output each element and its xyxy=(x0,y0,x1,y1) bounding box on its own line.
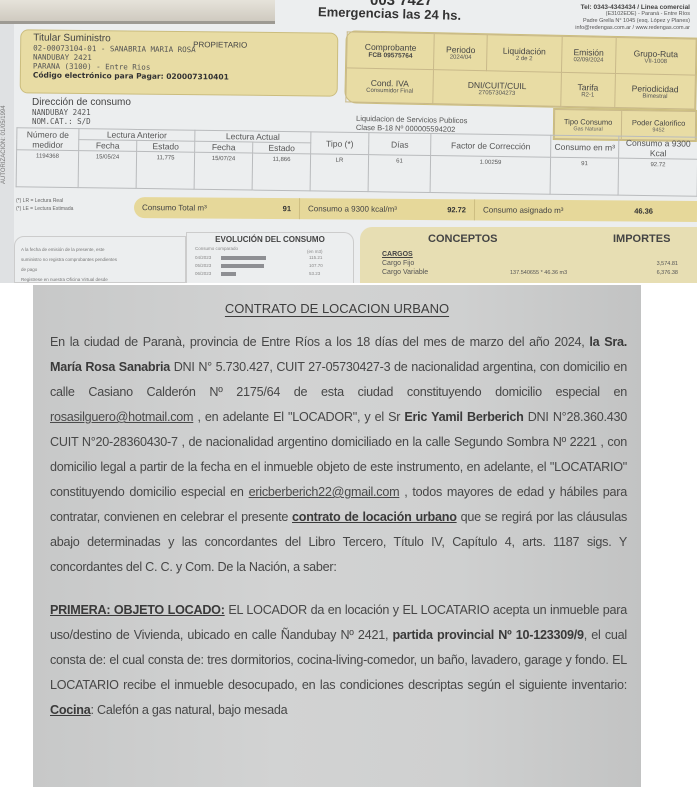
contract-title-text: CONTRATO DE LOCACION URBANO xyxy=(225,301,449,316)
contract-title: CONTRATO DE LOCACION URBANO xyxy=(33,301,641,316)
value-periodo: 2024/04 xyxy=(437,54,485,61)
evolution-row: 04/2023115.21 xyxy=(195,255,266,260)
evolution-title: EVOLUCIÓN DEL CONSUMO xyxy=(187,233,353,244)
meter-reading-table: Número de medidor Lectura Anterior Lectu… xyxy=(16,127,697,197)
lease-contract-photo: CONTRATO DE LOCACION URBANO En la ciudad… xyxy=(33,285,641,787)
evolution-bar xyxy=(221,256,266,260)
evolution-value: 115.21 xyxy=(309,255,322,260)
invoice-info-box: ComprobanteFCB 09575764 Periodo2024/04 L… xyxy=(344,30,697,110)
evolution-value: 53.23 xyxy=(309,271,320,276)
cell-actual-fecha: 15/07/24 xyxy=(194,152,253,190)
total-value: 91 xyxy=(283,204,291,213)
header-estado-actual: Estado xyxy=(253,142,311,154)
address-nomcat: NOM.CAT.: S/D xyxy=(32,117,131,126)
value-comprobante: FCB 09575764 xyxy=(349,51,431,60)
text: En la ciudad de Paranà, provincia de Ent… xyxy=(50,335,589,349)
header-tipo: Tipo (*) xyxy=(311,132,369,155)
conceptos-header: CONCEPTOS xyxy=(428,233,497,245)
total-consumo-kcal: Consumo a 9300 kcal/m³ 92.72 xyxy=(300,198,475,220)
evolution-row: 06/202353.23 xyxy=(195,271,236,276)
importes-header: IMPORTES xyxy=(613,233,670,245)
charge-label: Cargo Variable xyxy=(382,269,428,276)
header-consumo-m3: Consumo en m³ xyxy=(551,135,619,158)
paper-edge xyxy=(0,0,275,24)
text: : Calefón a gas natural, bajo mesada xyxy=(91,703,288,717)
header-fecha-actual: Fecha xyxy=(195,141,253,153)
contact-line: (E3102EDE) - Paraná - Entre Ríos xyxy=(538,11,690,18)
contact-line: info@redengas.com.ar / www.redengas.com.… xyxy=(538,25,690,32)
charge-amount: 3,574.81 xyxy=(657,261,678,267)
locatario-email-link[interactable]: ericberberich22@gmail.com xyxy=(249,485,400,499)
text: , en adelante El "LOCADOR", y el Sr xyxy=(193,410,404,424)
cell-factor: 1.00259 xyxy=(430,156,551,195)
address-label: Dirección de consumo xyxy=(32,97,131,108)
pay-code: Código electrónico para Pagar: 020007310… xyxy=(33,70,325,82)
contract-body: En la ciudad de Paranà, provincia de Ent… xyxy=(50,330,627,723)
partida-provincial: partida provincial Nº 10-123309/9 xyxy=(392,628,583,642)
charge-detail: 137.540655 * 46.36 m3 xyxy=(510,270,567,276)
address-street: NANDUBAY 2421 xyxy=(32,108,131,117)
cell-actual-estado: 11,866 xyxy=(252,153,311,191)
liquidation-info: Liquidacion de Servicios Publicos Clase … xyxy=(356,114,468,134)
value-liquidacion: 2 de 2 xyxy=(490,55,559,62)
evolution-unit: (en m3) xyxy=(307,249,323,254)
payment-notice: A la fecha de emisión de la presente, es… xyxy=(14,236,186,283)
invoice-info-table: ComprobanteFCB 09575764 Periodo2024/04 L… xyxy=(345,31,696,109)
value-periodicidad: Bimestral xyxy=(617,93,692,101)
total-label: Consumo asignado m³ xyxy=(483,205,564,215)
header-tipo-consumo: Tipo Consumo xyxy=(564,117,613,127)
contract-type: contrato de locación urbano xyxy=(292,510,457,524)
titular-box: Titular Suministro PROPIETARIO 02-000731… xyxy=(20,29,339,96)
cargos-section: CARGOS xyxy=(382,251,413,258)
evolution-value: 107.70 xyxy=(309,263,323,268)
cell-anterior-fecha: 15/05/24 xyxy=(78,151,137,189)
clause-heading: PRIMERA: OBJETO LOCADO: xyxy=(50,603,225,617)
cell-medidor: 1194368 xyxy=(16,150,79,188)
gas-bill-photo: AUTORIZACION: 01/05/1994 003 7427 Emerge… xyxy=(0,0,697,283)
legend-item: (*) LE = Lectura Estimada xyxy=(16,205,73,213)
notice-line: Registrese en nuestra Oficina Virtual de… xyxy=(21,275,179,283)
value-tarifa: R2-1 xyxy=(563,91,613,98)
charge-label: Cargo Fijo xyxy=(382,260,414,267)
value-tipo-consumo: Gas Natural xyxy=(555,126,621,133)
cell-dias: 61 xyxy=(368,155,431,193)
charge-line: Cargo Fijo 3,574.81 xyxy=(382,260,692,267)
cell-tipo: LR xyxy=(310,154,369,192)
header-fecha-anterior: Fecha xyxy=(79,140,137,152)
locatario-name: Eric Yamil Berberich xyxy=(404,410,523,424)
contact-tel: Tel: 0343-4343434 / Linea comercial xyxy=(538,4,690,11)
charge-line: Cargo Variable 137.540655 * 46.36 m3 6,3… xyxy=(382,269,692,276)
cell-consumo-kcal: 92.72 xyxy=(618,158,697,196)
value-dni-cuit: 27057304273 xyxy=(436,89,558,98)
charges-box: CONCEPTOS IMPORTES CARGOS Cargo Fijo 3,5… xyxy=(360,227,697,283)
header-dias: Días xyxy=(369,133,431,156)
total-consumo: Consumo Total m³ 91 xyxy=(134,197,300,219)
total-asignado: Consumo asignado m³ 46.36 xyxy=(475,199,661,221)
contract-paragraph-intro: En la ciudad de Paranà, provincia de Ent… xyxy=(50,330,627,580)
evolution-month: 06/2023 xyxy=(195,271,221,276)
consumption-evolution-chart: EVOLUCIÓN DEL CONSUMO Consumo comparado … xyxy=(186,232,354,283)
consumption-address: Dirección de consumo NANDUBAY 2421 NOM.C… xyxy=(32,97,131,126)
total-label: Consumo a 9300 kcal/m³ xyxy=(308,204,397,214)
header-consumo-kcal: Consumo a 9300 Kcal xyxy=(619,136,697,159)
evolution-bar xyxy=(221,272,236,276)
contact-line: Padre Grella N° 1045 (esq. López y Plane… xyxy=(538,18,690,25)
cell-anterior-estado: 11,775 xyxy=(136,151,195,189)
consumption-totals-bar: Consumo Total m³ 91 Consumo a 9300 kcal/… xyxy=(134,197,697,222)
company-contact: Tel: 0343-4343434 / Linea comercial (E31… xyxy=(538,4,697,32)
header-medidor: Número de medidor xyxy=(17,128,79,151)
evolution-month: 04/2023 xyxy=(195,255,221,260)
side-code: AUTORIZACION: 01/05/1994 xyxy=(1,105,7,184)
locador-email-link[interactable]: rosasilguero@hotmail.com xyxy=(50,410,193,424)
evolution-month: 05/2023 xyxy=(195,263,221,268)
reading-legend: (*) LR = Lectura Real (*) LE = Lectura E… xyxy=(16,197,73,213)
evolution-row: 05/2023107.70 xyxy=(195,263,264,268)
notice-line: de pago xyxy=(21,265,179,275)
value-grupo-ruta: VII-1008 xyxy=(618,58,693,66)
total-value: 92.72 xyxy=(447,205,466,214)
header-poder-calorifico: Poder Calorifico xyxy=(632,118,685,128)
cell-consumo-m3: 91 xyxy=(550,157,619,195)
side-strip: AUTORIZACION: 01/05/1994 xyxy=(0,24,14,283)
contract-clause-primera: PRIMERA: OBJETO LOCADO: EL LOCADOR da en… xyxy=(50,598,627,723)
header-estado-anterior: Estado xyxy=(137,140,195,152)
emergency-label: Emergencias las 24 hs. xyxy=(318,4,461,23)
header-factor: Factor de Corrección xyxy=(431,134,551,158)
total-label: Consumo Total m³ xyxy=(142,203,207,212)
value-emision: 02/09/2024 xyxy=(564,56,614,63)
evolution-subtitle: Consumo comparado xyxy=(195,246,238,251)
notice-line: A la fecha de emisión de la presente, es… xyxy=(21,245,179,255)
legend-item: (*) LR = Lectura Real xyxy=(16,197,73,205)
total-value: 46.36 xyxy=(634,207,653,216)
meter-reading-table-wrap: Número de medidor Lectura Anterior Lectu… xyxy=(16,127,697,197)
evolution-bar xyxy=(221,264,264,268)
titular-role: PROPIETARIO xyxy=(193,40,247,50)
inventory-cocina: Cocina xyxy=(50,703,91,717)
charge-amount: 6,376.38 xyxy=(657,270,678,276)
value-cond-iva: Consumidor Final xyxy=(348,87,430,95)
notice-line: suministro no registra comprobantes pend… xyxy=(21,255,179,265)
value-poder-calorifico: 9452 xyxy=(622,126,695,133)
